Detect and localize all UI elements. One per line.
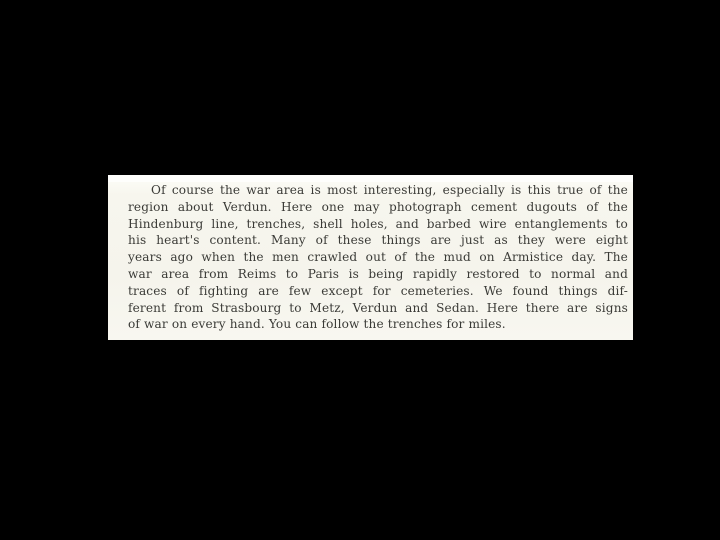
text-line: years ago when the men crawled out of th… xyxy=(128,249,628,266)
text-line: war area from Reims to Paris is being ra… xyxy=(128,266,628,283)
text-line: region about Verdun. Here one may photog… xyxy=(128,199,628,216)
text-line: traces of fighting are few except for ce… xyxy=(128,283,628,300)
article-paragraph: Of course the war area is most interesti… xyxy=(128,182,628,333)
text-line: of war on every hand. You can follow the… xyxy=(128,316,628,333)
newspaper-clipping: Of course the war area is most interesti… xyxy=(108,175,633,340)
text-line: ferent from Strasbourg to Metz, Verdun a… xyxy=(128,300,628,317)
text-line: his heart's content. Many of these thing… xyxy=(128,232,628,249)
text-line: Of course the war area is most interesti… xyxy=(128,182,628,199)
text-line: Hindenburg line, trenches, shell holes, … xyxy=(128,216,628,233)
